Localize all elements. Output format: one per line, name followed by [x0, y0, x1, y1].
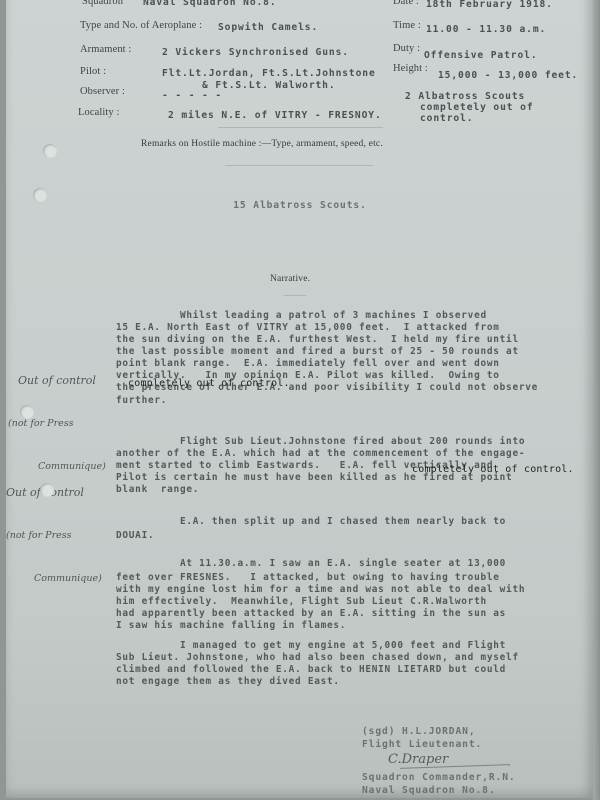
pilot-value-line1: Flt.Lt.Jordan, Ft.S.Lt.Johnstone — [162, 68, 376, 79]
page-edge-shadow — [593, 0, 600, 800]
signature-rank: Flight Lieutenant. — [362, 739, 482, 750]
pilot-label: Pilot : — [80, 66, 106, 77]
narrative-line: feet over FRESNES. I attacked, but owing… — [116, 572, 500, 583]
divider — [225, 165, 373, 166]
date-value: 18th February 1918. — [426, 0, 553, 10]
narrative-line: the sun diving on the E.A. furthest West… — [116, 334, 519, 345]
narrative-line: climbed and followed the E.A. back to HE… — [116, 664, 506, 675]
time-value: 11.00 - 11.30 a.m. — [426, 24, 546, 35]
duty-label: Duty : — [393, 43, 420, 54]
armament-label: Armament : — [80, 44, 131, 55]
narrative-line: At 11.30.a.m. I saw an E.A. single seate… — [116, 558, 506, 569]
squadron-label: Squadron — [82, 0, 123, 7]
narrative-line: Whilst leading a patrol of 3 machines I … — [116, 310, 487, 321]
narrative-line: point blank range. E.A. immediately fell… — [116, 358, 500, 369]
narrative-line: 15 E.A. North East of VITRY at 15,000 fe… — [116, 322, 500, 333]
margin-note-line: Communique) — [34, 573, 102, 586]
narrative-line: I managed to get my engine at 5,000 feet… — [116, 640, 506, 651]
overtype-correction: completely out of control. — [412, 464, 574, 475]
result-line1: 2 Albatross Scouts — [405, 91, 525, 102]
margin-note-2: Out of control (not for Press Communique… — [6, 456, 102, 600]
punch-hole — [40, 483, 54, 497]
duty-value: Offensive Patrol. — [424, 50, 538, 61]
squadron-value: Naval Squadron No.8. — [143, 0, 277, 8]
locality-label: Locality : — [78, 107, 120, 118]
punch-hole — [33, 188, 47, 202]
height-label: Height : — [393, 63, 428, 74]
observer-value: - - - - - — [162, 90, 222, 101]
narrative-line: Flight Sub Lieut.Johnstone fired about 2… — [116, 436, 525, 447]
narrative-line: further. — [116, 395, 167, 406]
result-line2: completely out of — [420, 102, 534, 113]
aeroplane-value: Sopwith Camels. — [218, 22, 318, 33]
locality-value: 2 miles N.E. of VITRY - FRESNOY. — [168, 110, 382, 121]
narrative-line: blank range. — [116, 484, 199, 495]
aeroplane-label: Type and No. of Aeroplane : — [80, 20, 202, 31]
handwritten-signature: C.Draper — [388, 752, 448, 767]
time-label: Time : — [393, 20, 421, 31]
narrative-line: I saw his machine falling in flames. — [116, 620, 346, 631]
narrative-line: E.A. then split up and I chased them nea… — [116, 516, 506, 527]
margin-note-line: (not for Press — [8, 418, 106, 431]
narrative-line: DOUAI. — [116, 530, 154, 541]
punch-hole — [43, 144, 57, 158]
remarks-heading: Remarks on Hostile machine :—Type, armam… — [141, 139, 383, 149]
signature-typed-name: (sgd) H.L.JORDAN, — [362, 726, 476, 737]
narrative-line: not engage them as they dived East. — [116, 676, 340, 687]
narrative-line: another of the E.A. which had at the com… — [116, 448, 525, 459]
observer-label: Observer : — [80, 86, 125, 97]
squadron-name: Naval Squadron No.8. — [362, 785, 496, 796]
narrative-heading: Narrative. — [270, 274, 310, 284]
hostile-machine-value: 15 Albatross Scouts. — [0, 200, 600, 211]
divider — [218, 127, 383, 128]
narrative-line: him effectively. Meanwhile, Flight Sub L… — [116, 596, 487, 607]
narrative-line: had apparently been attacked by an E.A. … — [116, 608, 506, 619]
narrative-line: Sub Lieut. Johnstone, who had also been … — [116, 652, 519, 663]
narrative-line: the last possible moment and fired a bur… — [116, 346, 519, 357]
commander-title: Squadron Commander,R.N. — [362, 772, 516, 783]
margin-note-line: Out of control — [18, 374, 106, 389]
narrative-line: with my engine lost him for a time and w… — [116, 584, 525, 595]
result-line3: control. — [420, 113, 473, 124]
margin-note-line: (not for Press — [6, 530, 102, 543]
height-value: 15,000 - 13,000 feet. — [438, 70, 578, 81]
punch-hole — [20, 405, 34, 419]
divider — [284, 295, 306, 296]
date-label: Date : — [393, 0, 419, 7]
overtype-correction: completely out of control. — [128, 378, 290, 389]
armament-value: 2 Vickers Synchronised Guns. — [162, 47, 349, 58]
